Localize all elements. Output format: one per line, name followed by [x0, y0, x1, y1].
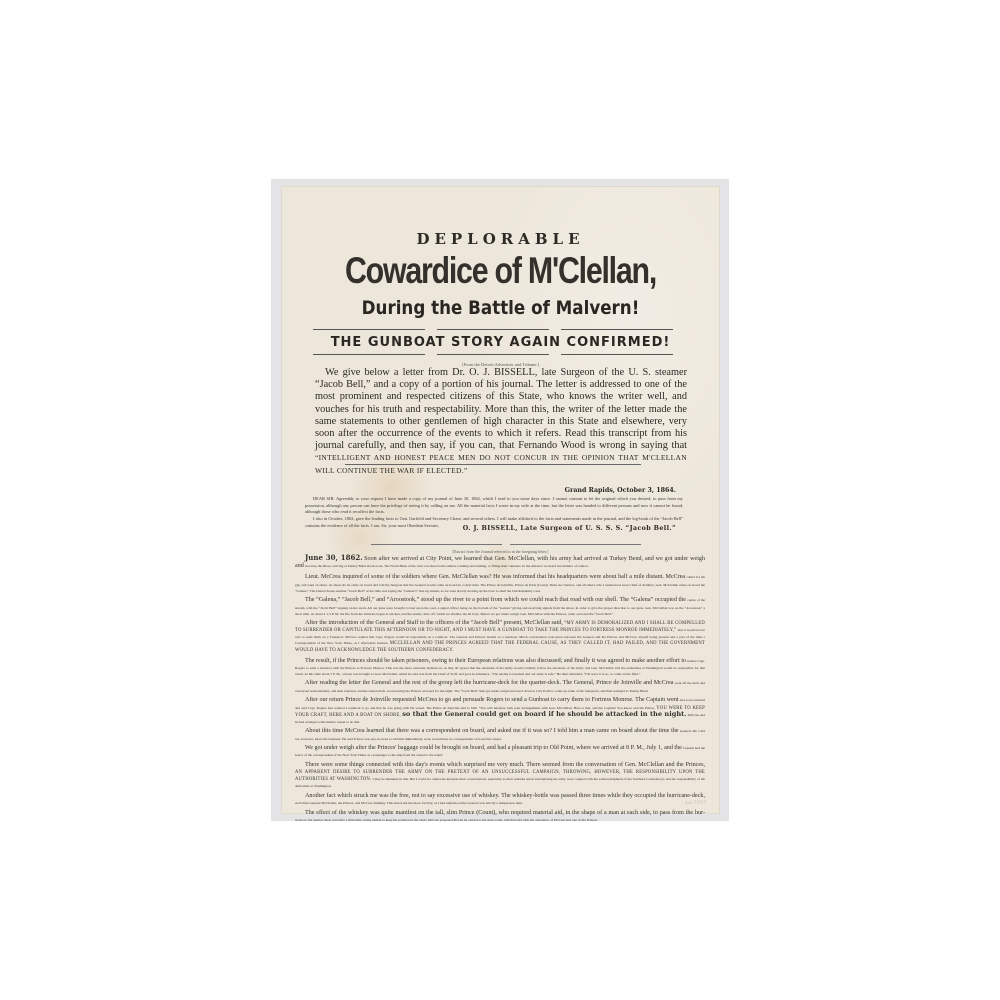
intro-text: We give below a letter from Dr. O. J. BI… [315, 367, 687, 451]
journal-paragraph: After reading the letter the General and… [295, 680, 705, 693]
intro-paragraph: We give below a letter from Dr. O. J. BI… [315, 367, 687, 477]
letter-dateline: Grand Rapids, October 3, 1864. [565, 487, 676, 494]
journal-paragraph: Another fact which struck me was the fre… [295, 793, 705, 806]
journal-paragraph: There were some things connected with th… [295, 762, 705, 789]
broadside-sheet: DEPLORABLE Cowardice of M'Clellan, Durin… [281, 186, 720, 814]
letter-paragraph: DEAR SIR: Agreeably to your request I ha… [305, 496, 683, 516]
journal-paragraph: After our return Prince de Joinville req… [295, 697, 705, 724]
section-divider [371, 544, 641, 545]
journal-paragraph: June 30, 1862. Soon after we arrived at … [295, 555, 705, 571]
journal-extract: June 30, 1862. Soon after we arrived at … [295, 555, 705, 826]
banner-heading: THE GUNBOAT STORY AGAIN CONFIRMED! [281, 335, 720, 350]
main-headline: Cowardice of M'Clellan, [321, 252, 681, 289]
journal-paragraph: The “Galena,” “Jacob Bell,” and “Aroosto… [295, 597, 705, 616]
journal-date: June 30, 1862. [305, 553, 363, 562]
pencil-annotation: Lot 7/7/17 [685, 801, 706, 806]
journal-paragraph: About this time McCrea learned that ther… [295, 728, 705, 741]
journal-paragraph: We got under weigh after the Princes' ba… [295, 745, 705, 758]
double-rule-bottom [313, 354, 673, 355]
double-rule-top [313, 329, 673, 330]
section-divider [345, 464, 641, 465]
journal-paragraph: The result, if the Princes should be tak… [295, 658, 705, 677]
letter-signature: O. J. BISSELL, Late Surgeon of U. S. S. … [463, 525, 676, 532]
subheadline: During the Battle of Malvern! [307, 299, 693, 318]
journal-paragraph: The effect of the whiskey was quite mani… [295, 810, 705, 823]
journal-paragraph: Lieut. McCrea inquired of some of the so… [295, 574, 705, 593]
journal-paragraph: After the introduction of the General an… [295, 620, 705, 654]
kicker-heading: DEPLORABLE [281, 230, 720, 248]
